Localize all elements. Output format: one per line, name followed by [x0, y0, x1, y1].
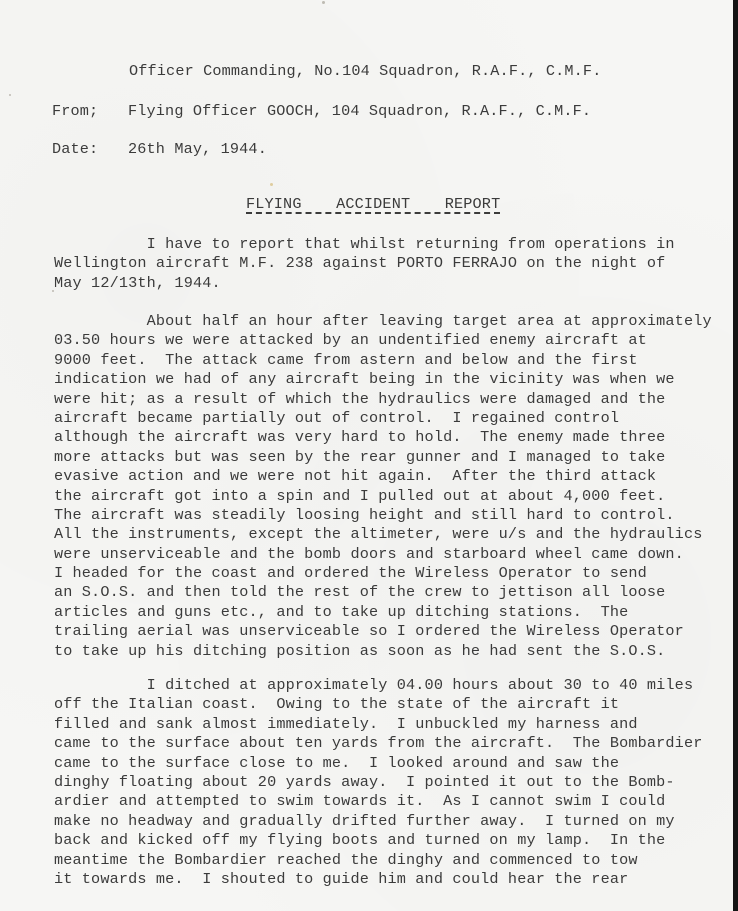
text-line: meantime the Bombardier reached the ding… [54, 851, 702, 870]
report-title: FLYING ACCIDENT REPORT [246, 195, 500, 215]
paper-speck [9, 94, 11, 96]
text-line: The aircraft was steadily loosing height… [54, 506, 712, 525]
paper-speck [270, 183, 273, 186]
paper-speck [322, 1, 325, 4]
text-line: aircraft became partially out of control… [54, 409, 712, 428]
from-label: From; [52, 102, 98, 122]
document-page: Officer Commanding, No.104 Squadron, R.A… [0, 0, 733, 911]
text-line: I headed for the coast and ordered the W… [54, 564, 712, 583]
date-value: 26th May, 1944. [128, 140, 267, 160]
text-line: About half an hour after leaving target … [54, 312, 712, 331]
text-line: dinghy floating about 20 yards away. I p… [54, 773, 702, 792]
date-label: Date: [52, 140, 98, 160]
text-line: it towards me. I shouted to guide him an… [54, 870, 702, 889]
text-line: although the aircraft was very hard to h… [54, 428, 712, 447]
paragraph-attack: About half an hour after leaving target … [54, 312, 712, 661]
text-line: were unserviceable and the bomb doors an… [54, 545, 712, 564]
text-line: indication we had of any aircraft being … [54, 370, 712, 389]
addressee-line: Officer Commanding, No.104 Squadron, R.A… [129, 62, 601, 82]
text-line: All the instruments, except the altimete… [54, 525, 712, 544]
text-line: Wellington aircraft M.F. 238 against POR… [54, 254, 675, 273]
text-line: filled and sank almost immediately. I un… [54, 715, 702, 734]
text-line: evasive action and we were not hit again… [54, 467, 712, 486]
text-line: off the Italian coast. Owing to the stat… [54, 695, 702, 714]
text-line: 9000 feet. The attack came from astern a… [54, 351, 712, 370]
paragraph-intro: I have to report that whilst returning f… [54, 235, 675, 293]
text-line: came to the surface about ten yards from… [54, 734, 702, 753]
text-line: back and kicked off my flying boots and … [54, 831, 702, 850]
paragraph-ditching: I ditched at approximately 04.00 hours a… [54, 676, 702, 889]
text-line: I ditched at approximately 04.00 hours a… [54, 676, 702, 695]
text-line: I have to report that whilst returning f… [54, 235, 675, 254]
text-line: ardier and attempted to swim towards it.… [54, 792, 702, 811]
text-line: May 12/13th, 1944. [54, 274, 675, 293]
scan-edge-shadow [733, 0, 738, 911]
text-line: articles and guns etc., and to take up d… [54, 603, 712, 622]
text-line: more attacks but was seen by the rear gu… [54, 448, 712, 467]
text-line: an S.O.S. and then told the rest of the … [54, 583, 712, 602]
text-line: to take up his ditching position as soon… [54, 642, 712, 661]
from-value: Flying Officer GOOCH, 104 Squadron, R.A.… [128, 102, 591, 122]
text-line: came to the surface close to me. I looke… [54, 754, 702, 773]
text-line: trailing aerial was unserviceable so I o… [54, 622, 712, 641]
text-line: 03.50 hours we were attacked by an unden… [54, 331, 712, 350]
text-line: were hit; as a result of which the hydra… [54, 390, 712, 409]
text-line: the aircraft got into a spin and I pulle… [54, 487, 712, 506]
text-line: make no headway and gradually drifted fu… [54, 812, 702, 831]
paper-speck [52, 290, 54, 292]
